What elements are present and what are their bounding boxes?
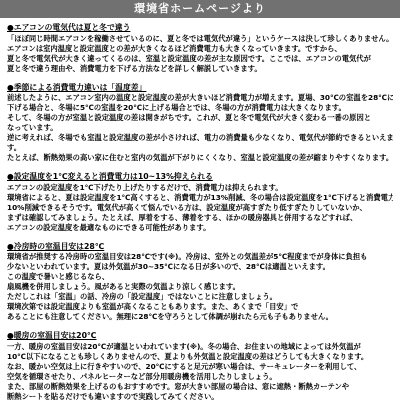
text-line: 扇風機を併用しましょう。風があると実際の気温より涼しく感じます。 <box>7 282 393 292</box>
text-line: 環境省によると、夏は設定温度を1℃高くすると、消費電力が13%削減、冬の場合は設… <box>7 193 393 203</box>
text-line: この温度で暑いと感じるなら、 <box>7 272 393 282</box>
text-line: 「ほぼ同じ時間エアコンを稼働させているのに、夏と冬では電気代が違う」というケース… <box>7 34 393 44</box>
section: ●エアコンの電気代は夏と冬で違う「ほぼ同じ時間エアコンを稼働させているのに、夏と… <box>7 23 393 74</box>
text-line: 前述したように、エアコン室内の温度と設定温度の差が大きいほど消費電力が増えます。… <box>7 93 393 103</box>
text-line: す。 <box>7 143 393 153</box>
text-line: そして、冬場の方が室温と設定温度の差は開きがちです。これが、夏と冬で電気代が大き… <box>7 113 393 123</box>
bullet-icon: ● <box>7 23 14 32</box>
text-line: 環境次第では設定温度よりも室温が高くなることもあります。また、あくまで「目安」で <box>7 302 393 312</box>
text-line: なっています。 <box>7 123 393 133</box>
text-line: たとえば、断熱効果の高い家に住むと室内の気温が下がりにくくなり、室温と設定温度の… <box>7 153 393 163</box>
section-heading: ●冷房時の室温目安は28℃ <box>7 242 393 253</box>
text-line: 断熱シートを貼るだけでも違いますので実践してみてください。 <box>7 392 393 400</box>
text-line: エアコンの設定温度を1℃下げたり上げたりするだけで、消費電力は抑えられます。 <box>7 183 393 193</box>
text-line: 少ないといわれています。夏は外気温が30~35℃になる日が多いので、28℃は適温… <box>7 262 393 272</box>
section-heading-text: 冷房時の室温目安は28℃ <box>14 242 104 251</box>
section-heading-text: 季節による消費電力違いは「温度差」 <box>14 83 147 92</box>
section-heading: ●季節による消費電力違いは「温度差」 <box>7 83 393 94</box>
section: ●暖房の室温目安は20℃一方、暖房の室温目安は20℃が適温といわれています(※)… <box>7 331 393 400</box>
section-heading-text: エアコンの電気代は夏と冬で違う <box>14 23 131 32</box>
text-line: エアコンは室内温度と設定温度との差が大きくなるほど消費電力も大きくなっていきます… <box>7 44 393 54</box>
document-body: ●エアコンの電気代は夏と冬で違う「ほぼ同じ時間エアコンを稼働させているのに、夏と… <box>0 18 400 400</box>
text-line: 環境省が推奨する冷房時の室温目安は28℃です(※)。冷房は、室外との気温差が5℃… <box>7 252 393 262</box>
text-line: あることにも注意してください。無理に28℃を守ろうとして体調が崩れたら元も子もあ… <box>7 312 393 322</box>
section-heading-text: 設定温度を1℃変えると消費電力は10~13%抑えられる <box>14 172 213 181</box>
section: ●冷房時の室温目安は28℃環境省が推奨する冷房時の室温目安は28℃です(※)。冷… <box>7 242 393 323</box>
text-line: ただしこれは「室温」の話、冷房の「設定温度」ではないことに注意しましょう。 <box>7 292 393 302</box>
section-heading: ●エアコンの電気代は夏と冬で違う <box>7 23 393 34</box>
section-heading: ●暖房の室温目安は20℃ <box>7 331 393 342</box>
text-line: 一方、暖房の室温目安は20℃が適温といわれています(※)。冬の場合、お住まいの地… <box>7 342 393 352</box>
text-line: 10℃以下になることも珍しくありませんので、夏よりも外気温と設定温度の差はどうし… <box>7 352 393 362</box>
document-page: 環境省ホームページより ●エアコンの電気代は夏と冬で違う「ほぼ同じ時間エアコンを… <box>0 0 400 400</box>
bullet-icon: ● <box>7 83 14 92</box>
section-heading-text: 暖房の室温目安は20℃ <box>14 331 97 340</box>
bullet-icon: ● <box>7 331 14 340</box>
section: ●季節による消費電力違いは「温度差」前述したように、エアコン室内の温度と設定温度… <box>7 83 393 164</box>
page-title: 環境省ホームページより <box>134 2 266 15</box>
text-line: 逆に考えれば、冬場でも室温と設定温度の差が小さければ、電力の消費量も少なくなり、… <box>7 133 393 143</box>
text-line: エアコンの設定温度を最適なものにできる可能性があります。 <box>7 223 393 233</box>
text-line: また、部屋の断熱効果を上げるのもおすすめです。窓が大きい部屋の場合は、窓に遮熱・… <box>7 382 393 392</box>
text-line: 夏と冬で違う理由や、消費電力を下げる方法などを詳しく解説していきます。 <box>7 64 393 74</box>
text-line: なお、暖かい空気は上に行きやすいので、20℃にすると足元が寒い場合は、サーキュレ… <box>7 362 393 372</box>
section-heading: ●設定温度を1℃変えると消費電力は10~13%抑えられる <box>7 172 393 183</box>
bullet-icon: ● <box>7 172 14 181</box>
text-line: まずは確認してみましょう。たとえば、厚着をする、薄着をする、ほかの暖房器具と併用… <box>7 213 393 223</box>
bullet-icon: ● <box>7 242 14 251</box>
text-line: 下げる場合と、冬場に5℃の室温を20℃に上げる場合とでは、冬場の方が消費電力は大… <box>7 103 393 113</box>
text-line: 夏と冬で電気代が大きく違ってくるのは、室温と設定温度の差が主な原因です。ここでは… <box>7 54 393 64</box>
text-line: 10%削減できるそうです。電気代が高くて悩んでいる方は、設定温度が高すぎたり低す… <box>7 203 393 213</box>
section: ●設定温度を1℃変えると消費電力は10~13%抑えられるエアコンの設定温度を1℃… <box>7 172 393 233</box>
page-header: 環境省ホームページより <box>0 0 400 18</box>
text-line: 空気を循環させたり、パネルヒーターなど部分用暖房機を活用したりしましょう。 <box>7 372 393 382</box>
